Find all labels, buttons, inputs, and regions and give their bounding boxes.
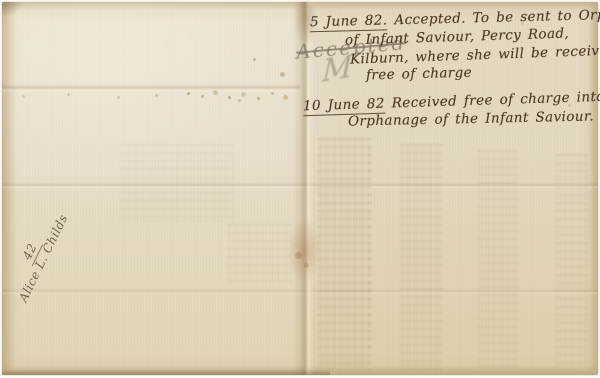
document-paper: Accepted M 5 June 82.Accepted. To be sen…: [2, 2, 598, 375]
bleedthrough-patch: [227, 224, 292, 284]
bleedthrough-column: [556, 154, 588, 368]
foxing-spots-band: [187, 92, 190, 95]
horizontal-fold-crease: [2, 84, 300, 93]
entry-2-line-2: Orphanage of the Infant Saviour.: [348, 110, 594, 129]
fold-rumple-stain: [288, 220, 320, 282]
entry-2-text: Received free of charge into the: [391, 88, 600, 112]
pencil-flourish-mark: M: [322, 49, 354, 90]
bleedthrough-column: [478, 150, 518, 368]
entry-1-line-4: free of charge: [366, 67, 472, 83]
bleedthrough-column: [400, 144, 442, 370]
bleedthrough-patch: [120, 144, 235, 224]
entry-1-text: Accepted. To be sent to Orphanage: [394, 6, 600, 28]
corner-smudge: [2, 2, 22, 16]
entry-1-date: 5 June 82.: [310, 12, 388, 32]
foxing-spots-scatter: [253, 58, 256, 61]
bleedthrough-column: [318, 138, 372, 370]
bottom-edge-shadow: [2, 369, 330, 375]
spine-annotation: 42 Alice L. Childs: [0, 181, 83, 329]
